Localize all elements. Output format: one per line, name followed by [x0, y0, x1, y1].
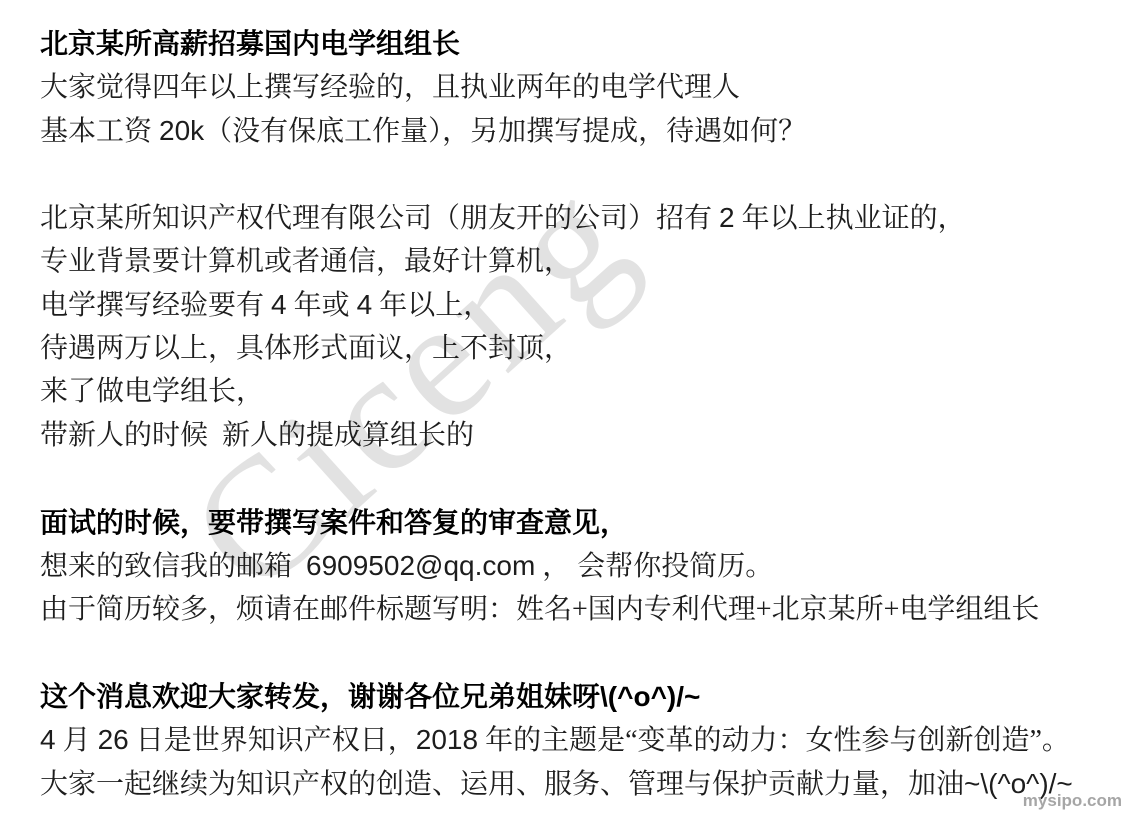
text-segment: 26 — [98, 724, 129, 755]
text-segment: 基本工资 — [40, 116, 159, 147]
text-line: 这个消息欢迎大家转发，谢谢各位兄弟姐妹呀\(^o^)/~ — [40, 675, 1111, 719]
text-line: 北京某所知识产权代理有限公司（朋友开的公司）招有 2 年以上执业证的， — [40, 196, 1111, 240]
text-segment: ， 会帮你投简历。 — [535, 551, 773, 582]
site-watermark: mysipo.com — [1023, 791, 1122, 811]
text-segment: 2018 — [416, 724, 478, 755]
text-line: 专业背景要计算机或者通信，最好计算机， — [40, 240, 1111, 284]
text-line: 北京某所高薪招募国内电学组组长 — [40, 22, 1111, 66]
text-segment: 月 — [56, 725, 98, 756]
text-segment: 电学撰写经验要有 — [40, 290, 271, 321]
text-line: 4 月 26 日是世界知识产权日，2018 年的主题是“变革的动力：女性参与创新… — [40, 718, 1111, 762]
text-segment: 4 — [40, 724, 56, 755]
text-segment: 4 — [271, 289, 287, 320]
text-segment: 4 — [357, 289, 373, 320]
text-segment: 2 — [719, 202, 735, 233]
text-segment: 专业背景要计算机或者通信，最好计算机， — [40, 246, 572, 277]
document-body: 北京某所高薪招募国内电学组组长大家觉得四年以上撰写经验的，且执业两年的电学代理人… — [0, 0, 1125, 825]
text-segment: 想来的致信我的邮箱 — [40, 551, 306, 582]
text-segment: 来了做电学组长， — [40, 376, 264, 407]
document-page: Ciceng 北京某所高薪招募国内电学组组长大家觉得四年以上撰写经验的，且执业两… — [0, 0, 1125, 825]
text-segment: 年以上， — [372, 290, 491, 321]
text-line: 面试的时候，要带撰写案件和答复的审查意见， — [40, 501, 1111, 545]
text-segment: 年的主题是“变革的动力：女性参与创新创造”。 — [478, 725, 1070, 756]
text-segment: 北京某所高薪招募国内电学组组长 — [40, 28, 460, 59]
text-line: 大家一起继续为知识产权的创造、运用、服务、管理与保护贡献力量，加油~\(^o^)… — [40, 762, 1111, 806]
text-segment: 20k — [159, 115, 204, 146]
text-segment: 年或 — [287, 290, 357, 321]
text-segment: 北京某所知识产权代理有限公司（朋友开的公司）招有 — [40, 203, 719, 234]
text-segment: 大家一起继续为知识产权的创造、运用、服务、管理与保护贡献力量，加油 — [40, 769, 964, 800]
text-line: 想来的致信我的邮箱 6909502@qq.com ， 会帮你投简历。 — [40, 544, 1111, 588]
blank-line — [40, 153, 1111, 197]
text-line: 大家觉得四年以上撰写经验的，且执业两年的电学代理人 — [40, 66, 1111, 110]
text-segment: 待遇两万以上，具体形式面议，上不封顶， — [40, 333, 572, 364]
text-segment: \(^o^)/~ — [600, 681, 700, 712]
text-line: 待遇两万以上，具体形式面议，上不封顶， — [40, 327, 1111, 371]
text-segment: 6909502@qq.com — [306, 550, 535, 581]
text-line: 带新人的时候 新人的提成算组长的 — [40, 414, 1111, 458]
text-segment: （没有保底工作量），另加撰写提成，待遇如何？ — [204, 116, 806, 147]
text-segment: 带新人的时候 新人的提成算组长的 — [40, 420, 474, 451]
text-line: 电学撰写经验要有 4 年或 4 年以上， — [40, 283, 1111, 327]
blank-line — [40, 631, 1111, 675]
text-line: 基本工资 20k（没有保底工作量），另加撰写提成，待遇如何？ — [40, 109, 1111, 153]
blank-line — [40, 457, 1111, 501]
text-segment: 年以上执业证的， — [735, 203, 966, 234]
text-segment: 这个消息欢迎大家转发，谢谢各位兄弟姐妹呀 — [40, 681, 600, 712]
text-segment: 日是世界知识产权日， — [129, 725, 416, 756]
text-line: 由于简历较多，烦请在邮件标题写明：姓名+国内专利代理+北京某所+电学组组长 — [40, 588, 1111, 632]
text-segment: 由于简历较多，烦请在邮件标题写明：姓名+国内专利代理+北京某所+电学组组长 — [40, 594, 1039, 625]
text-segment: 大家觉得四年以上撰写经验的，且执业两年的电学代理人 — [40, 72, 740, 103]
text-segment: 面试的时候，要带撰写案件和答复的审查意见， — [40, 507, 628, 538]
text-line: 来了做电学组长， — [40, 370, 1111, 414]
